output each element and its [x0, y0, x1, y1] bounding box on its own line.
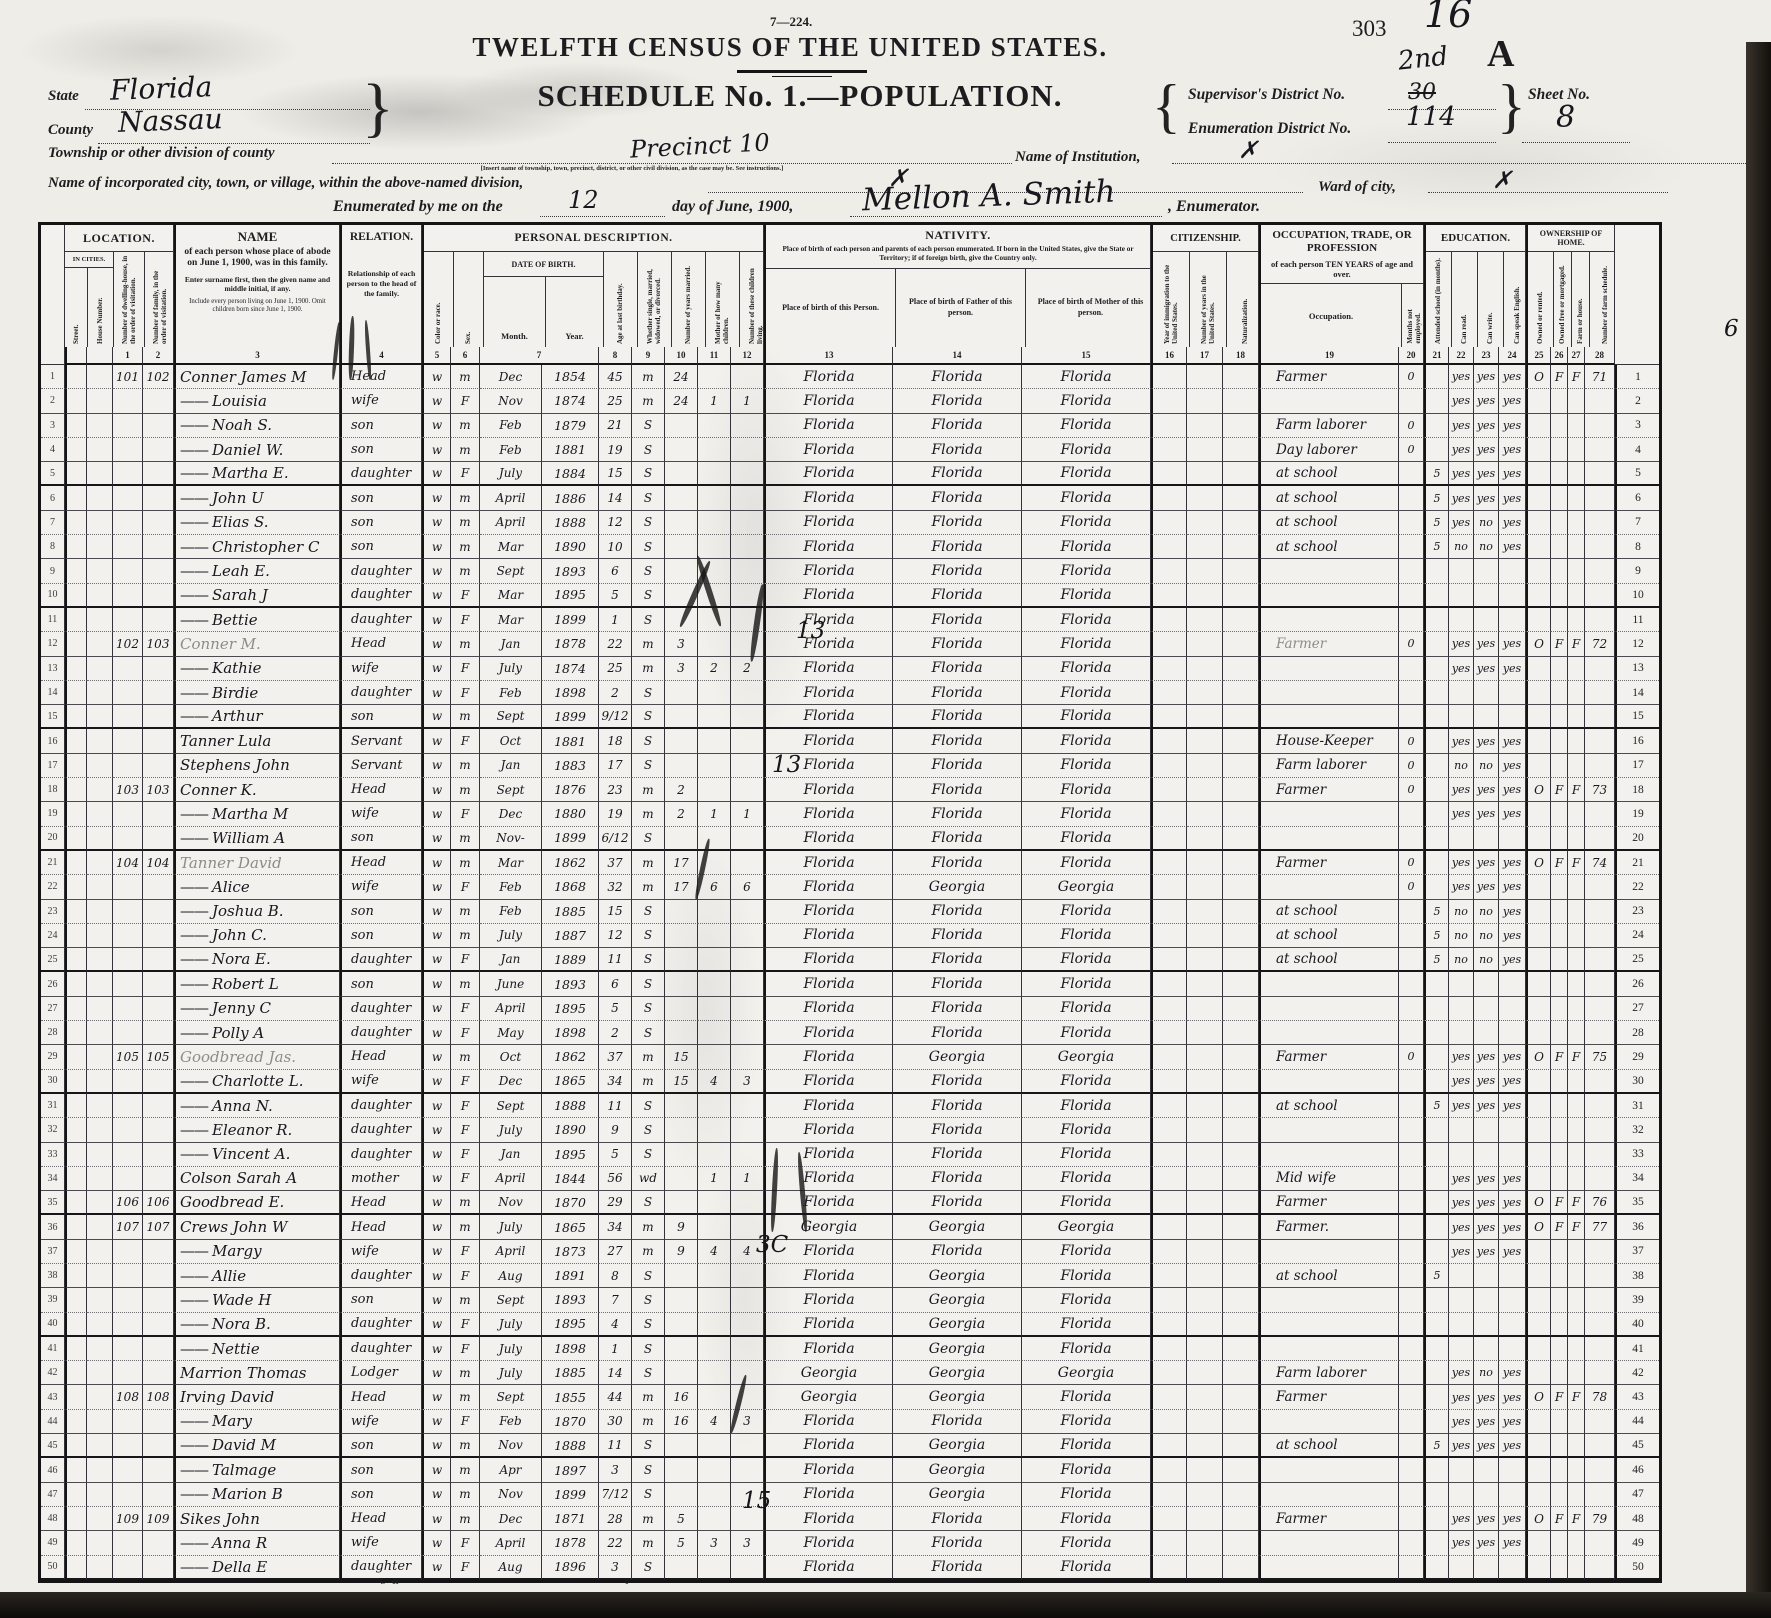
cell-marital: S [632, 559, 665, 583]
cell-farm-house [1568, 1094, 1585, 1118]
row-number-left: 30 [41, 1070, 65, 1094]
cell-farm-schedule [1585, 827, 1615, 851]
col-can-read: Can read. [1460, 252, 1468, 347]
cell-farm-house [1568, 827, 1585, 851]
cell-age: 37 [599, 1045, 632, 1069]
cell-marital: m [632, 875, 665, 899]
cell-owned-rented [1526, 1264, 1551, 1288]
cell-children-living: 2 [731, 657, 764, 681]
cell-pob-mother: Florida [1022, 1118, 1151, 1142]
cell-farm-house [1568, 1313, 1585, 1337]
cell-name: ——John U [174, 486, 340, 510]
cell-years-in-us [1187, 997, 1223, 1021]
cell-marital: S [632, 754, 665, 778]
cell-marital: S [632, 900, 665, 924]
cell-family-number: 105 [143, 1045, 174, 1069]
cell-dwelling-number [113, 1483, 143, 1507]
cell-owned-free [1551, 1143, 1568, 1167]
cell-farm-house [1568, 1118, 1585, 1142]
cell-can-speak-english: yes [1499, 1385, 1526, 1409]
cell-can-read: no [1449, 535, 1474, 559]
cell [87, 1507, 113, 1531]
cell [87, 1434, 113, 1458]
cell-years-in-us [1187, 1313, 1223, 1337]
cell-relation: wife [340, 1240, 422, 1264]
cell-naturalization [1223, 1118, 1259, 1142]
cell-farm-house [1568, 559, 1585, 583]
cell-sex: F [451, 657, 480, 681]
cell-owned-free [1551, 1288, 1568, 1312]
cell-birth-month: Nov [480, 1483, 542, 1507]
cell-marital: wd [632, 1167, 665, 1191]
cell [87, 924, 113, 948]
cell-children-living [731, 608, 764, 632]
cell-can-speak-english: yes [1499, 754, 1526, 778]
cell-birth-month: July [480, 1361, 542, 1385]
cell-occupation: Farmer [1259, 851, 1399, 875]
cell-children-living [731, 851, 764, 875]
cell-pob-person: Florida [764, 486, 893, 510]
cell-immigration-year [1151, 1556, 1187, 1580]
cell-owned-free [1551, 657, 1568, 681]
cell-birth-year: 1874 [542, 389, 599, 413]
cell-children-living [731, 972, 764, 996]
cell-owned-rented: O [1526, 1507, 1551, 1531]
cell-months-not-employed: 0 [1399, 851, 1424, 875]
cell-occupation [1259, 657, 1399, 681]
cell-sex: F [451, 1143, 480, 1167]
cell-birth-year: 1873 [542, 1240, 599, 1264]
cell-name: Conner James M [174, 365, 340, 389]
cell-naturalization [1223, 438, 1259, 462]
cell-sex: F [451, 1240, 480, 1264]
cell-family-number: 104 [143, 851, 174, 875]
name-desc1: of each person whose place of abode on J… [182, 247, 333, 270]
cell-relation: daughter [340, 1556, 422, 1580]
cell-birth-year: 1878 [542, 1531, 599, 1555]
cell-relation: daughter [340, 1118, 422, 1142]
cell-immigration-year [1151, 729, 1187, 753]
cell-naturalization [1223, 1070, 1259, 1094]
cell-birth-month: Nov [480, 1434, 542, 1458]
cell-can-speak-english: yes [1499, 875, 1526, 899]
cell-pob-father: Florida [893, 1094, 1022, 1118]
section-location: LOCATION. IN CITIES. Street. House Numbe… [65, 225, 174, 347]
cell-years-in-us [1187, 414, 1223, 438]
cell-pob-father: Florida [893, 559, 1022, 583]
cell-farm-schedule: 79 [1585, 1507, 1615, 1531]
cell-dwelling-number [113, 1143, 143, 1167]
cell-dwelling-number [113, 1240, 143, 1264]
cell-sex: m [451, 1045, 480, 1069]
cell-pob-mother: Georgia [1022, 1361, 1151, 1385]
cell-pob-father: Georgia [893, 1483, 1022, 1507]
cell-years-in-us [1187, 1507, 1223, 1531]
cell-occupation [1259, 389, 1399, 413]
cell-years-in-us [1187, 1458, 1223, 1482]
cell-owned-free [1551, 997, 1568, 1021]
cell-can-speak-english [1499, 559, 1526, 583]
cell-marital: S [632, 1434, 665, 1458]
cell [65, 1483, 87, 1507]
cell-farm-schedule [1585, 1556, 1615, 1580]
cell-farm-house [1568, 1434, 1585, 1458]
cell-age: 6 [599, 972, 632, 996]
cell-dwelling-number [113, 462, 143, 486]
cell-name: ——Vincent A. [174, 1143, 340, 1167]
district-brace-open: { [1152, 72, 1181, 141]
cell-pob-father: Florida [893, 365, 1022, 389]
cell-can-write [1474, 1118, 1499, 1142]
cell-dwelling-number [113, 1531, 143, 1555]
cell-can-write: yes [1474, 1070, 1499, 1094]
cell-immigration-year [1151, 632, 1187, 656]
cell-attended-school [1424, 972, 1449, 996]
cell-pob-person: Florida [764, 511, 893, 535]
cell-children-living: 3 [731, 1410, 764, 1434]
cell-sex: m [451, 1288, 480, 1312]
cell [87, 559, 113, 583]
cell-relation: son [340, 1288, 422, 1312]
cell-years-in-us [1187, 1410, 1223, 1434]
cell-birth-month: Sept [480, 1094, 542, 1118]
cell-marital: m [632, 778, 665, 802]
row-number-right: 38 [1615, 1264, 1659, 1288]
cell-birth-year: 1895 [542, 997, 599, 1021]
col-years-married: Number of years married. [684, 252, 692, 347]
cell-owned-rented [1526, 875, 1551, 899]
cell [87, 1070, 113, 1094]
cell-dwelling-number [113, 1070, 143, 1094]
row-number-right: 5 [1615, 462, 1659, 486]
cell-color: w [422, 1240, 451, 1264]
cell-pob-person: Florida [764, 778, 893, 802]
cell-marital: m [632, 1070, 665, 1094]
cell-marital: m [632, 365, 665, 389]
cell-children-living: 6 [731, 875, 764, 899]
cell-can-read: yes [1449, 1094, 1474, 1118]
cell-family-number [143, 1143, 174, 1167]
cell-immigration-year [1151, 1070, 1187, 1094]
cell-pob-father: Florida [893, 657, 1022, 681]
cell-color: w [422, 1458, 451, 1482]
cell-occupation: Farmer [1259, 632, 1399, 656]
cell-owned-free [1551, 1264, 1568, 1288]
cell-can-write: yes [1474, 1167, 1499, 1191]
cell-years-in-us [1187, 1337, 1223, 1361]
cell-birth-year: 1844 [542, 1167, 599, 1191]
cell-family-number: 107 [143, 1215, 174, 1239]
cell-birth-month: July [480, 657, 542, 681]
cell [65, 1215, 87, 1239]
cell-owned-rented [1526, 559, 1551, 583]
cell-naturalization [1223, 754, 1259, 778]
name-desc2: Enter surname first, then the given name… [182, 275, 333, 293]
cell-name: ——William A [174, 827, 340, 851]
cell [87, 754, 113, 778]
cell-relation: son [340, 511, 422, 535]
cell-relation: daughter [340, 559, 422, 583]
cell-sex: m [451, 900, 480, 924]
cell-can-speak-english: yes [1499, 1361, 1526, 1385]
cell-owned-rented [1526, 511, 1551, 535]
cell-occupation: at school [1259, 1094, 1399, 1118]
section-personal-description: PERSONAL DESCRIPTION. Color or race. Sex… [422, 225, 764, 347]
cell-years-married [665, 1167, 698, 1191]
cell-attended-school [1424, 1045, 1449, 1069]
cell-children-living [731, 632, 764, 656]
cell-mother-of [698, 584, 731, 608]
cell-dwelling-number [113, 900, 143, 924]
cell-can-write [1474, 1337, 1499, 1361]
cell-owned-rented [1526, 1070, 1551, 1094]
cell-birth-year: 1893 [542, 972, 599, 996]
cell-immigration-year [1151, 851, 1187, 875]
cell-mother-of [698, 511, 731, 535]
cell-farm-schedule [1585, 681, 1615, 705]
cell-age: 34 [599, 1070, 632, 1094]
cell-occupation [1259, 1458, 1399, 1482]
cell-immigration-year [1151, 1215, 1187, 1239]
row-number-right: 16 [1615, 729, 1659, 753]
cell-sex: F [451, 1531, 480, 1555]
row-number-left: 46 [41, 1458, 65, 1482]
cell-sex: F [451, 1118, 480, 1142]
location-title: LOCATION. [65, 225, 173, 252]
cell-months-not-employed: 0 [1399, 729, 1424, 753]
cell-occupation [1259, 1288, 1399, 1312]
cell-age: 17 [599, 754, 632, 778]
cell [87, 584, 113, 608]
cell [65, 1094, 87, 1118]
cell-dwelling-number: 109 [113, 1507, 143, 1531]
cell-can-write: yes [1474, 1094, 1499, 1118]
cell-owned-rented [1526, 1313, 1551, 1337]
cell-family-number [143, 705, 174, 729]
cell-birth-year: 1862 [542, 1045, 599, 1069]
cell-birth-year: 1887 [542, 924, 599, 948]
cell-age: 3 [599, 1556, 632, 1580]
cell-age: 11 [599, 1094, 632, 1118]
cell-birth-year: 1855 [542, 1385, 599, 1409]
cell [65, 1385, 87, 1409]
cell-can-speak-english: yes [1499, 729, 1526, 753]
cell-can-write: yes [1474, 802, 1499, 826]
cell-immigration-year [1151, 1337, 1187, 1361]
row-number-right: 48 [1615, 1507, 1659, 1531]
cell-name: ——Nora B. [174, 1313, 340, 1337]
cell-naturalization [1223, 1483, 1259, 1507]
cell-can-read: yes [1449, 462, 1474, 486]
cell-farm-house [1568, 462, 1585, 486]
cell-months-not-employed [1399, 948, 1424, 972]
cell [65, 389, 87, 413]
cell-can-speak-english: yes [1499, 1215, 1526, 1239]
cell-can-speak-english [1499, 827, 1526, 851]
cell-farm-house [1568, 1070, 1585, 1094]
cell-farm-house [1568, 1167, 1585, 1191]
cell-pob-father: Florida [893, 948, 1022, 972]
cell [65, 1361, 87, 1385]
cell-color: w [422, 1215, 451, 1239]
cell-can-speak-english [1499, 608, 1526, 632]
cell-family-number [143, 657, 174, 681]
cell-pob-father: Florida [893, 851, 1022, 875]
cell [65, 535, 87, 559]
cell-owned-rented [1526, 1143, 1551, 1167]
cell-color: w [422, 1021, 451, 1045]
personal-description-title: PERSONAL DESCRIPTION. [424, 225, 763, 252]
cell-owned-free [1551, 1021, 1568, 1045]
cell [65, 632, 87, 656]
cell-naturalization [1223, 1313, 1259, 1337]
cell-dwelling-number [113, 486, 143, 510]
cell-years-in-us [1187, 900, 1223, 924]
cell-can-read: yes [1449, 657, 1474, 681]
cell-attended-school [1424, 559, 1449, 583]
cell-marital: S [632, 1143, 665, 1167]
cell-naturalization [1223, 1434, 1259, 1458]
cell-birth-year: 1889 [542, 948, 599, 972]
cell-marital: S [632, 924, 665, 948]
cell [87, 997, 113, 1021]
cell-mother-of [698, 900, 731, 924]
cell-color: w [422, 1337, 451, 1361]
cell-relation: daughter [340, 681, 422, 705]
cell-name: ——Leah E. [174, 559, 340, 583]
cell-pob-person: Florida [764, 1556, 893, 1580]
cell [87, 1531, 113, 1555]
cell-pob-mother: Florida [1022, 778, 1151, 802]
cell-months-not-employed: 0 [1399, 1045, 1424, 1069]
cell-age: 19 [599, 438, 632, 462]
cell-can-read [1449, 1143, 1474, 1167]
cell [87, 632, 113, 656]
cell-attended-school: 5 [1424, 486, 1449, 510]
relation-title: RELATION. [346, 231, 417, 243]
cell-name: Tanner David [174, 851, 340, 875]
cell-farm-house [1568, 1556, 1585, 1580]
cell-pob-father: Florida [893, 681, 1022, 705]
cell-family-number [143, 1118, 174, 1142]
cell-marital: m [632, 1531, 665, 1555]
cell-can-speak-english [1499, 1313, 1526, 1337]
cell-can-speak-english: yes [1499, 511, 1526, 535]
cell-occupation: at school [1259, 1434, 1399, 1458]
cell-can-speak-english [1499, 1483, 1526, 1507]
cell-can-write: yes [1474, 657, 1499, 681]
cell-owned-rented [1526, 1118, 1551, 1142]
cell-marital: S [632, 535, 665, 559]
cell-family-number: 109 [143, 1507, 174, 1531]
cell-owned-rented [1526, 1167, 1551, 1191]
cell-dwelling-number [113, 608, 143, 632]
cell-marital: S [632, 681, 665, 705]
row-number-left: 32 [41, 1118, 65, 1142]
cell [65, 1045, 87, 1069]
cell-years-married [665, 1361, 698, 1385]
cell-children-living [731, 1458, 764, 1482]
cell-owned-free [1551, 1531, 1568, 1555]
cell-immigration-year [1151, 924, 1187, 948]
cell-farm-schedule [1585, 729, 1615, 753]
cell-mother-of [698, 1288, 731, 1312]
cell-months-not-employed [1399, 535, 1424, 559]
cell-mother-of [698, 1313, 731, 1337]
cell-color: w [422, 486, 451, 510]
cell-can-read: yes [1449, 851, 1474, 875]
cell-can-speak-english [1499, 1143, 1526, 1167]
cell-sex: F [451, 681, 480, 705]
cell-occupation [1259, 1070, 1399, 1094]
cell-mother-of [698, 681, 731, 705]
cell-months-not-employed [1399, 802, 1424, 826]
cell-pob-father: Florida [893, 389, 1022, 413]
cell-pob-mother: Florida [1022, 438, 1151, 462]
cell-dwelling-number: 105 [113, 1045, 143, 1069]
col-owned-rented: Owned or rented. [1536, 252, 1544, 347]
cell-age: 9 [599, 1118, 632, 1142]
cell-age: 5 [599, 997, 632, 1021]
cell-owned-free [1551, 1556, 1568, 1580]
cell-years-in-us [1187, 1070, 1223, 1094]
cell-naturalization [1223, 1556, 1259, 1580]
cell-age: 56 [599, 1167, 632, 1191]
cell-occupation: Day laborer [1259, 438, 1399, 462]
cell-children-living [731, 1118, 764, 1142]
relation-desc: Relationship of each person to the head … [346, 269, 417, 299]
cell-owned-rented [1526, 900, 1551, 924]
cell-age: 8 [599, 1264, 632, 1288]
cell-pob-mother: Florida [1022, 1483, 1151, 1507]
row-number-left: 27 [41, 997, 65, 1021]
col-age: Age at last birthday. [616, 252, 624, 347]
cell-birth-month: Feb [480, 875, 542, 899]
cell-can-read: no [1449, 900, 1474, 924]
cell-birth-month: Feb [480, 681, 542, 705]
cell-age: 14 [599, 486, 632, 510]
cell-color: w [422, 948, 451, 972]
cell-years-married [665, 1313, 698, 1337]
district-brace-close: } [1497, 72, 1526, 141]
cell-years-married: 5 [665, 1531, 698, 1555]
cell-months-not-employed [1399, 462, 1424, 486]
cell-farm-house [1568, 1021, 1585, 1045]
cell-relation: son [340, 705, 422, 729]
cell-immigration-year [1151, 1313, 1187, 1337]
cell-pob-father: Georgia [893, 1045, 1022, 1069]
cell-owned-rented [1526, 924, 1551, 948]
cell-owned-rented [1526, 948, 1551, 972]
cell-attended-school [1424, 1483, 1449, 1507]
cell-years-married [665, 1191, 698, 1215]
cell-attended-school [1424, 802, 1449, 826]
cell [65, 1313, 87, 1337]
cell-can-write: no [1474, 924, 1499, 948]
cell-months-not-employed [1399, 1483, 1424, 1507]
cell-relation: daughter [340, 1143, 422, 1167]
cell-can-write: yes [1474, 1531, 1499, 1555]
cell-family-number [143, 997, 174, 1021]
cell-can-speak-english: yes [1499, 778, 1526, 802]
col-occupation: Occupation. [1309, 311, 1353, 321]
nativity-desc: Place of birth of each person and parent… [766, 245, 1150, 269]
row-number-right: 46 [1615, 1458, 1659, 1482]
cell-naturalization [1223, 1021, 1259, 1045]
enumeration-line [1388, 141, 1496, 143]
cell-birth-year: 1881 [542, 729, 599, 753]
cell-age: 28 [599, 1507, 632, 1531]
